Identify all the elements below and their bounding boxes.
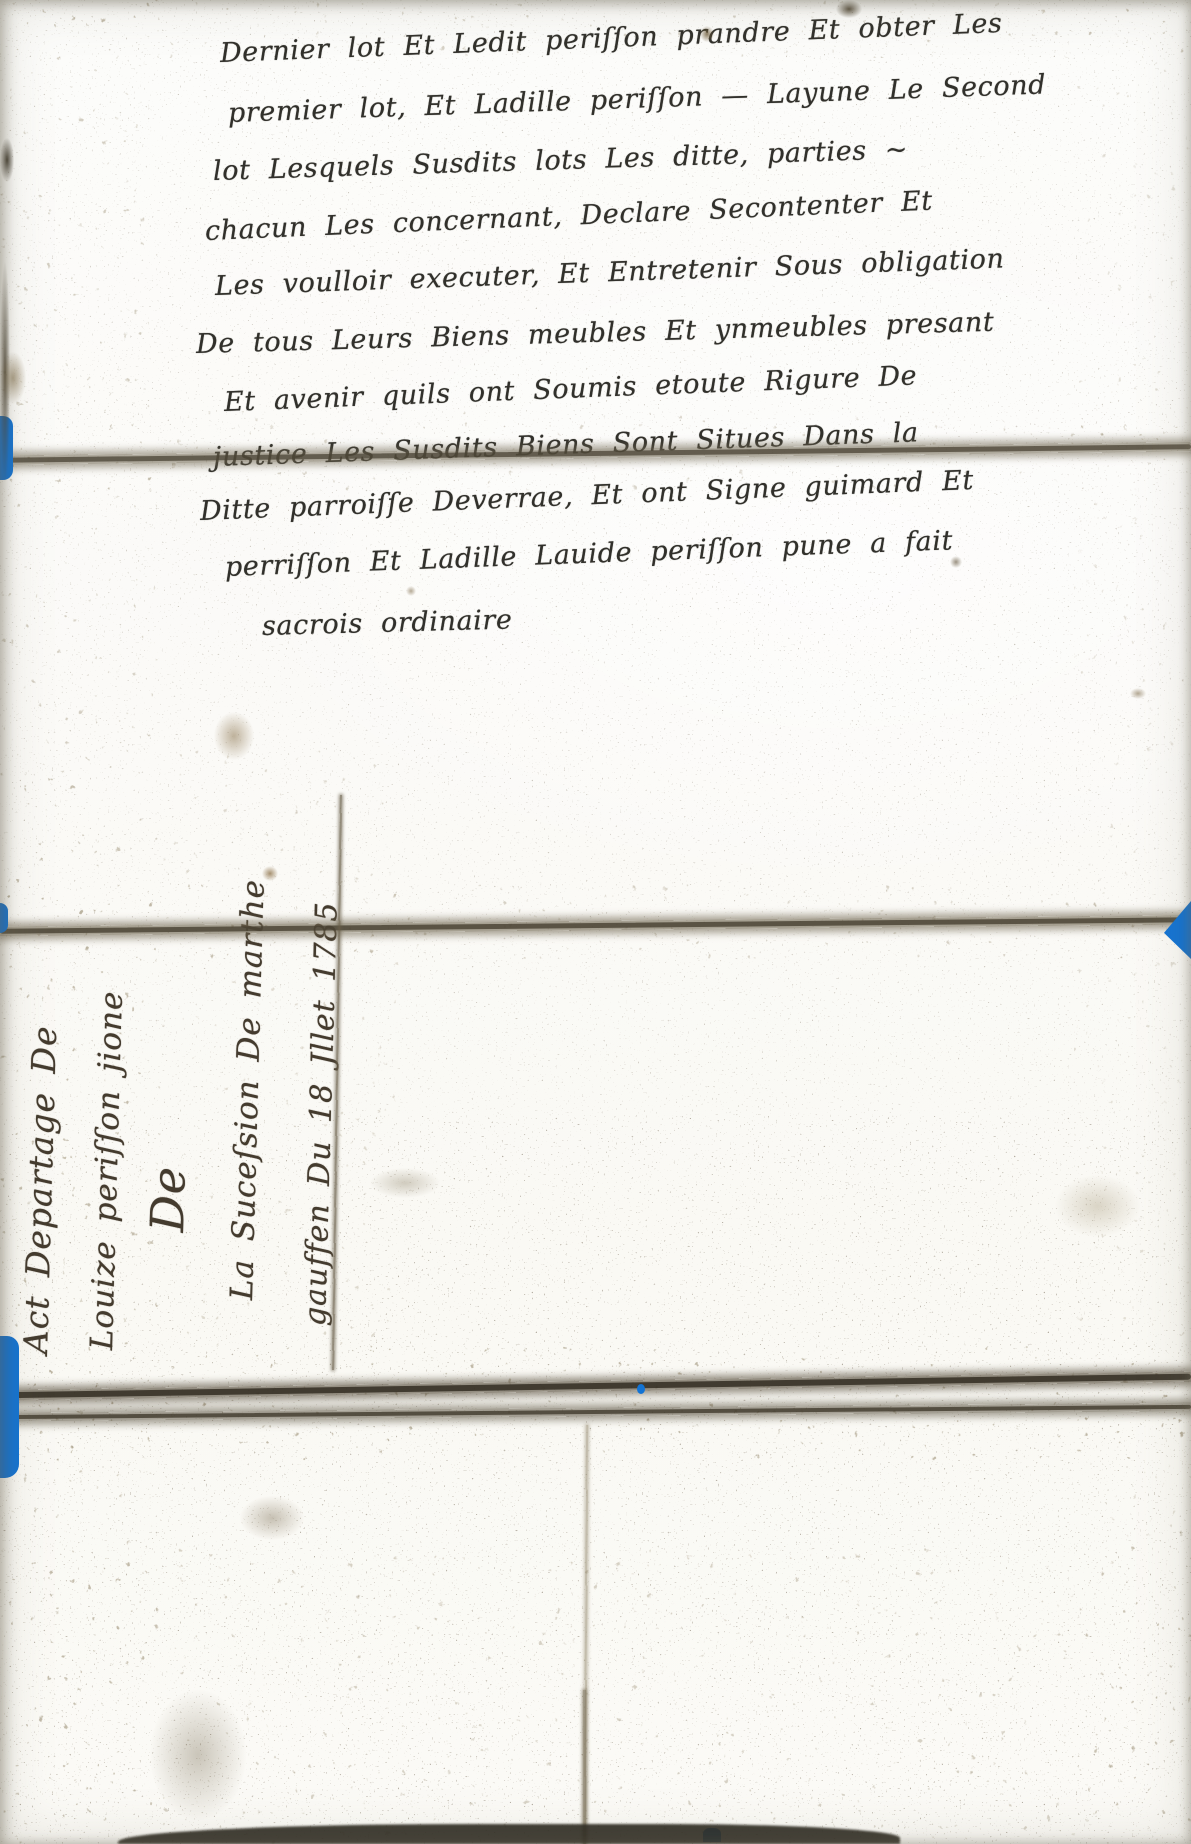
docket-line: gauffen Du 18 Jllet 1785	[298, 901, 345, 1327]
handwritten-line: premier lot, Et Ladille periſſon — Layun…	[227, 69, 1046, 129]
manuscript-page: Dernier lot Et Ledit periſſon prandre Et…	[0, 0, 1191, 1844]
bottom-edge-shadow	[118, 1824, 900, 1844]
fold-crease-core	[0, 1374, 1191, 1399]
handwritten-line: perriſſon Et Ladille Lauide periſſon pun…	[224, 525, 953, 583]
stain-blob	[370, 1168, 440, 1198]
blue-ink-mark	[1164, 901, 1191, 959]
blue-ink-mark	[0, 903, 8, 933]
docket-line: Act Departage De	[16, 1025, 64, 1355]
fold-crease	[0, 1403, 1191, 1421]
vertical-crease	[584, 1425, 588, 1844]
blue-ink-mark	[703, 1828, 721, 1842]
blue-ink-mark	[637, 1384, 645, 1394]
handwritten-line: Et avenir quils ont Soumis etoute Rigure…	[223, 360, 917, 418]
rotated-docket-text: Act Departage DeLouize periſſon jioneDeL…	[14, 800, 346, 1360]
docket-line: La Suceſsion De marthe	[224, 879, 272, 1301]
stain-blob	[150, 1690, 246, 1820]
docket-line: De	[140, 1165, 196, 1233]
stain-blob	[240, 1496, 304, 1540]
handwritten-line: justice Les Susdits Biens Sont Situes Da…	[212, 417, 919, 473]
handwritten-line: Ditte parroiſſe Deverrae, Et ont Signe g…	[199, 465, 974, 527]
handwritten-line: sacrois ordinaire	[262, 604, 513, 642]
fold-crease	[0, 1372, 1191, 1401]
stain-blob	[1055, 1175, 1140, 1237]
manuscript-main-text: Dernier lot Et Ledit periſſon prandre Et…	[0, 0, 1191, 760]
rotated-docket: Act Departage DeLouize periſſon jioneDeL…	[14, 800, 346, 1360]
handwritten-line: Dernier lot Et Ledit periſſon prandre Et…	[219, 8, 1003, 69]
docket-line: Louize periſſon jione	[84, 990, 130, 1350]
handwritten-line: Les voulloir executer, Et Entretenir Sou…	[214, 243, 1005, 302]
handwritten-line: chacun Les concernant, Declare Secontent…	[204, 186, 933, 247]
handwritten-line: De tous Leurs Biens meubles Et ynmeubles…	[196, 307, 995, 360]
handwritten-line: lot Lesquels Susdits lots Les ditte, par…	[213, 134, 909, 187]
vertical-crease	[583, 1690, 586, 1844]
fold-crease-core	[0, 1405, 1191, 1419]
